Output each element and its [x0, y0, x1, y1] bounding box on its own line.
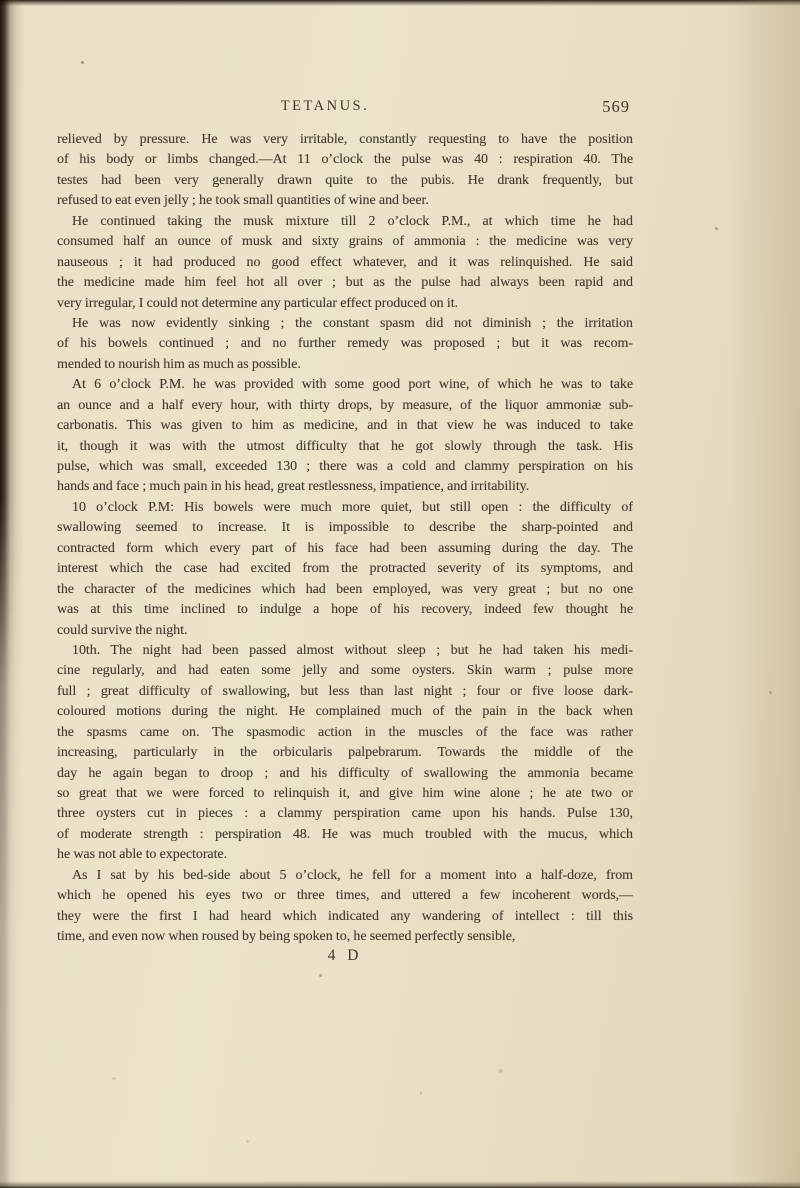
text-line: pulse, which was small, exceeded 130 ; t… — [57, 457, 633, 477]
text-line: mended to nourish him as much as possibl… — [57, 355, 633, 375]
text-line: 10 o’clock P.M: His bowels were much mor… — [57, 498, 633, 518]
paper-speck — [769, 691, 772, 694]
paper-speck — [420, 1092, 422, 1094]
text-line: the character of the medicines which had… — [57, 580, 633, 600]
paper-speck — [246, 1140, 249, 1143]
text-line: swallowing seemed to increase. It is imp… — [57, 518, 633, 538]
text-line: interest which the case had excited from… — [57, 559, 633, 579]
text-line: At 6 o’clock P.M. he was provided with s… — [57, 375, 633, 395]
text-line: carbonatis. This was given to him as med… — [57, 416, 633, 436]
scan-edge-left — [0, 0, 24, 1188]
paragraph: He continued taking the musk mixture til… — [57, 212, 633, 314]
paragraph: As I sat by his bed-side about 5 o’clock… — [57, 866, 633, 948]
text-line: He continued taking the musk mixture til… — [57, 212, 633, 232]
text-line: As I sat by his bed-side about 5 o’clock… — [57, 866, 633, 886]
text-line: they were the first I had heard which in… — [57, 907, 633, 927]
text-line: of moderate strength : perspiration 48. … — [57, 825, 633, 845]
text-line: very irregular, I could not determine an… — [57, 294, 633, 314]
text-line: testes had been very generally drawn qui… — [57, 171, 633, 191]
text-line: it, though it was with the utmost diffic… — [57, 437, 633, 457]
text-line: consumed half an ounce of musk and sixty… — [57, 232, 633, 252]
paragraph: He was now evidently sinking ; the const… — [57, 314, 633, 375]
text-line: an ounce and a half every hour, with thi… — [57, 396, 633, 416]
text-line: hands and face ; much pain in his head, … — [57, 477, 633, 497]
text-line: the spasms came on. The spasmodic action… — [57, 723, 633, 743]
text-line: could survive the night. — [57, 621, 633, 641]
paper-speck — [319, 974, 322, 977]
paper-speck — [715, 227, 718, 230]
scan-edge-bottom — [0, 1181, 800, 1188]
signature-mark: 4 D — [57, 947, 633, 965]
paragraph: 10th. The night had been passed almost w… — [57, 641, 633, 866]
text-line: he was not able to expectorate. — [57, 845, 633, 865]
text-line: 10th. The night had been passed almost w… — [57, 641, 633, 661]
text-line: three oysters cut in pieces : a clammy p… — [57, 804, 633, 824]
page-curl-shadow — [728, 0, 800, 1188]
text-line: He was now evidently sinking ; the const… — [57, 314, 633, 334]
text-line: which he opened his eyes two or three ti… — [57, 886, 633, 906]
text-line: the medicine made him feel hot all over … — [57, 273, 633, 293]
page-body: relieved by pressure. He was very irrita… — [57, 130, 633, 948]
text-line: contracted form which every part of his … — [57, 539, 633, 559]
text-line: cine regularly, and had eaten some jelly… — [57, 661, 633, 681]
text-line: time, and even now when roused by being … — [57, 927, 633, 947]
paper-speck — [498, 1069, 503, 1073]
text-line: coloured motions during the night. He co… — [57, 702, 633, 722]
text-line: so great that we were forced to relinqui… — [57, 784, 633, 804]
text-line: day he again began to droop ; and his di… — [57, 764, 633, 784]
page-number: 569 — [602, 97, 630, 117]
text-line: nauseous ; it had produced no good effec… — [57, 253, 633, 273]
text-line: relieved by pressure. He was very irrita… — [57, 130, 633, 150]
scan-edge-top — [0, 0, 800, 6]
paragraph: At 6 o’clock P.M. he was provided with s… — [57, 375, 633, 498]
paper-speck — [81, 61, 84, 64]
paragraph: relieved by pressure. He was very irrita… — [57, 130, 633, 212]
running-title: TETANUS. — [57, 98, 593, 115]
text-line: of his bowels continued ; and no further… — [57, 334, 633, 354]
scanned-book-page: TETANUS. 569 relieved by pressure. He wa… — [0, 0, 800, 1188]
paper-speck — [112, 1077, 116, 1080]
text-line: of his body or limbs changed.—At 11 o’cl… — [57, 150, 633, 170]
text-line: full ; great difficulty of swallowing, b… — [57, 682, 633, 702]
page-header: TETANUS. 569 — [57, 98, 633, 118]
text-line: increasing, particularly in the orbicula… — [57, 743, 633, 763]
text-line: was at this time inclined to indulge a h… — [57, 600, 633, 620]
paragraph: 10 o’clock P.M: His bowels were much mor… — [57, 498, 633, 641]
text-line: refused to eat even jelly ; he took smal… — [57, 191, 633, 211]
